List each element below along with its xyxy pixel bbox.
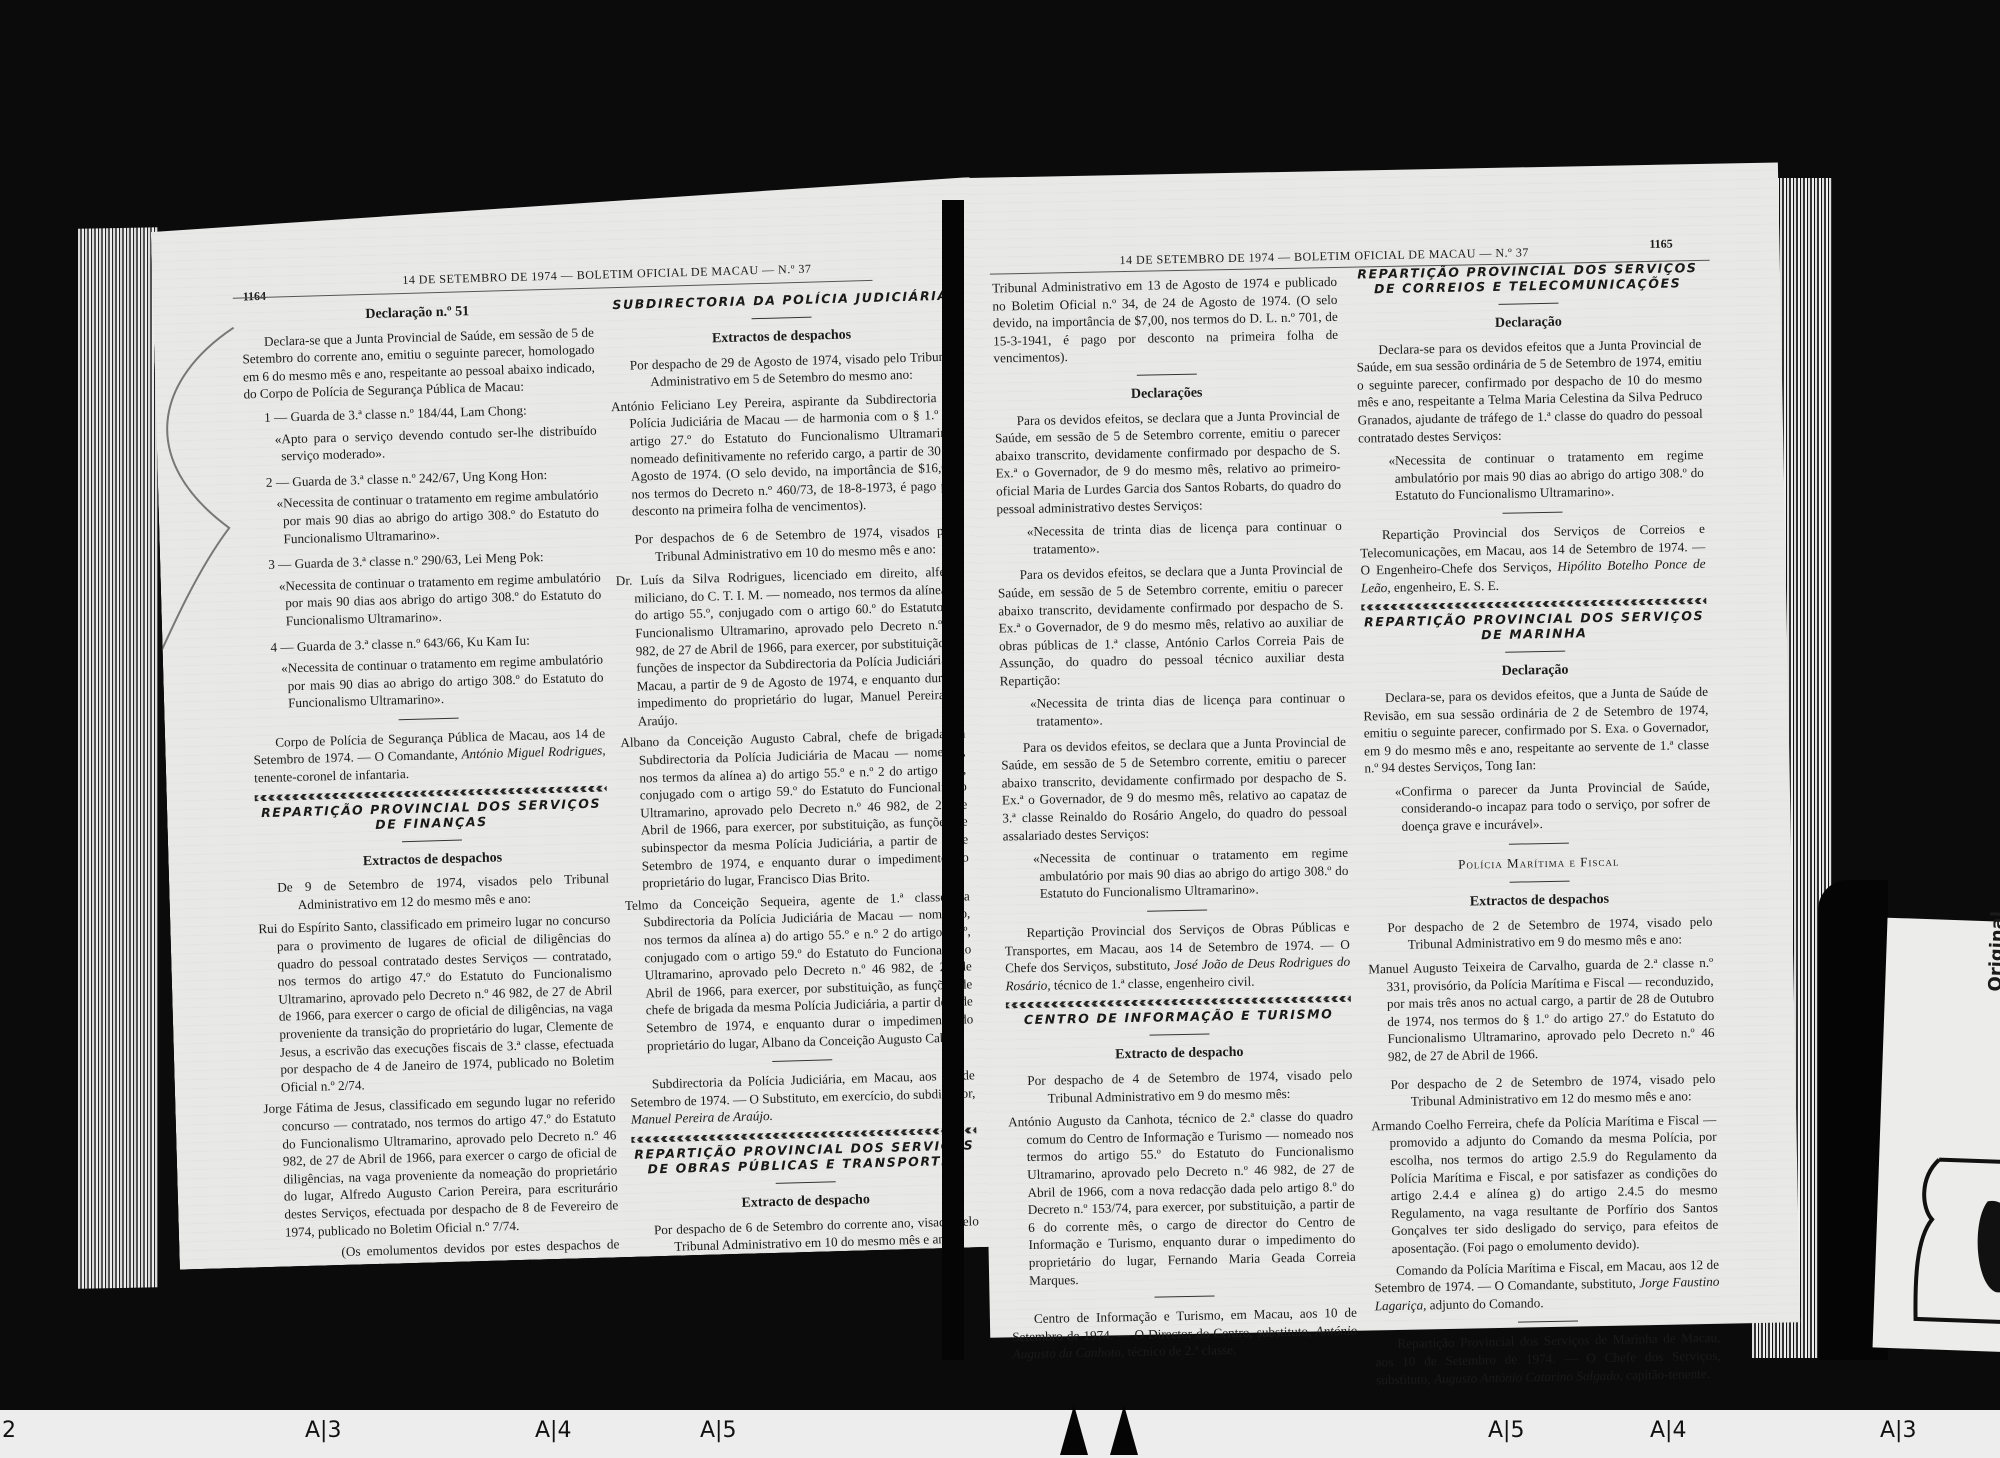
- section-intro: Por despacho de 2 de Setembro de 1974, v…: [1367, 913, 1713, 955]
- film-strip: [0, 1410, 2000, 1458]
- closing-paragraph: Comando da Polícia Marítima e Fiscal, em…: [1374, 1255, 1720, 1314]
- declaration-quote: «Confirma o parecer da Junta Provincial …: [1365, 777, 1711, 836]
- section-title: Extractos de despachos: [256, 846, 608, 873]
- frame-mark: A|5: [700, 1418, 736, 1443]
- section-intro: De 9 de Setembro de 1974, visados pelo T…: [257, 870, 610, 915]
- separator: [775, 1181, 835, 1184]
- separator: [1502, 512, 1562, 514]
- section-title: Declaração: [1356, 311, 1701, 335]
- declaration-paragraph: Declara-se para os devidos efeitos que a…: [1356, 335, 1703, 447]
- frame-mark: A|4: [535, 1418, 571, 1443]
- left-page: 1164 14 DE SETEMBRO DE 1974 — BOLETIM OF…: [150, 177, 1000, 1269]
- right-column-1: Tribunal Administrativo em 13 de Agosto …: [992, 273, 1358, 1369]
- side-card: Original: [1873, 918, 2000, 1353]
- separator: [1147, 910, 1207, 912]
- frame-mark: A|3: [305, 1418, 341, 1443]
- section-title: Extracto de despacho: [1007, 1042, 1352, 1066]
- declaration-title: Declaração n.º 51: [241, 300, 593, 327]
- separator: [1505, 651, 1565, 653]
- item-quote: «Necessita de continuar o tratamento em …: [249, 568, 602, 631]
- section-intro: Por despacho de 6 de Setembro do corrent…: [634, 1212, 980, 1257]
- separator: [772, 1059, 832, 1062]
- separator: [1518, 1321, 1578, 1323]
- entry: Jorge Fátima de Jesus, classificado em s…: [263, 1091, 619, 1242]
- section-intro: Por despacho de 4 de Setembro de 1974, v…: [1007, 1066, 1353, 1108]
- section-title: Declarações: [994, 382, 1339, 406]
- separator: [1508, 842, 1568, 844]
- separator: [1149, 1034, 1209, 1036]
- section-title: Extractos de despachos: [1367, 889, 1712, 913]
- separator: [751, 317, 811, 320]
- separator: [402, 839, 462, 842]
- section-intro: Por despacho de 2 de Setembro de 1974, v…: [1370, 1069, 1716, 1111]
- page-number-right: 1165: [1649, 236, 1673, 251]
- entry: António Augusto da Canhota, técnico de 2…: [1008, 1107, 1356, 1290]
- separator: [1154, 1296, 1214, 1298]
- section-title: Extracto de despacho: [633, 1188, 978, 1215]
- declaration-quote: «Necessita de continuar o tratamento em …: [1358, 446, 1704, 505]
- department-title: SUBDIRECTORIA DA POLÍCIA JUDICIÁRIA: [608, 288, 953, 313]
- right-page: 14 DE SETEMBRO DE 1974 — BOLETIM OFICIAL…: [968, 162, 1800, 1337]
- entry: Telmo da Conceição Sequeira, agente de 1…: [625, 887, 974, 1055]
- entry: António Feliciano Ley Pereira, aspirante…: [611, 388, 959, 521]
- left-column-2: SUBDIRECTORIA DA POLÍCIA JUDICIÁRIA Extr…: [608, 284, 984, 1425]
- declaration-paragraph: Para os devidos efeitos, se declara que …: [994, 405, 1341, 517]
- declaration-quote: «Necessita de trinta dias de licença par…: [997, 517, 1343, 559]
- signoff: Repartição Provincial dos Serviços de Ob…: [1004, 918, 1350, 995]
- separator: [1509, 881, 1569, 883]
- declaration-intro: Declara-se que a Junta Provincial de Saú…: [242, 323, 596, 403]
- signoff: Repartição Provincial dos Serviços de Fi…: [270, 1327, 623, 1390]
- entry: Manuel Augusto Teixeira de Carvalho, gua…: [1368, 954, 1715, 1066]
- frame-mark: A|3: [1880, 1418, 1916, 1443]
- page-edges-left: [78, 227, 158, 1288]
- declaration-paragraph: Para os devidos efeitos, se declara que …: [1001, 733, 1348, 845]
- closing-paragraph: Centro de Informação e Turismo, em Macau…: [1012, 1304, 1358, 1363]
- entry: Rui do Espírito Santo, classificado em p…: [258, 911, 615, 1097]
- entry: Dr. Luís da Silva Rodrigues, licenciado …: [616, 563, 965, 731]
- item-quote: «Necessita de continuar o tratamento em …: [251, 651, 604, 714]
- frame-mark: A|5: [1488, 1418, 1524, 1443]
- left-column-1: Declaração n.º 51 Declara-se que a Junta…: [241, 294, 623, 1396]
- entry: Armando Coelho Ferreira, chefe da Políci…: [1371, 1111, 1719, 1258]
- subsection-title: Polícia Marítima e Fiscal: [1366, 851, 1711, 875]
- closing-paragraph: Corpo de Polícia de Segurança Pública de…: [253, 724, 606, 787]
- department-title: CENTRO DE INFORMAÇÃO E TURISMO: [1006, 1006, 1351, 1028]
- section-intro: Por despacho de 29 de Agosto de 1974, vi…: [610, 347, 956, 392]
- department-title: REPARTIÇÃO PROVINCIAL DOS SERVIÇOS DE MA…: [1361, 608, 1707, 645]
- separator: [1498, 303, 1558, 305]
- book-gutter: [942, 200, 964, 1360]
- entry: Albano da Conceição Augusto Cabral, chef…: [620, 725, 969, 893]
- entry: Roque Rui Xavier Hy, escriturário dactil…: [635, 1253, 984, 1421]
- hand-pointer-icon: [1873, 918, 2000, 1353]
- department-title: REPARTIÇÃO PROVINCIAL DOS SERVIÇOS DE OB…: [632, 1137, 978, 1177]
- frame-mark: 2: [2, 1418, 16, 1443]
- fee-note: (Os emolumentos devidos por estes despac…: [267, 1235, 621, 1315]
- continuation-paragraph: Tribunal Administrativo em 13 de Agosto …: [992, 273, 1339, 368]
- separator: [399, 717, 459, 720]
- separator: [415, 1320, 475, 1323]
- frame-notch: [1060, 1405, 1088, 1455]
- department-title: REPARTIÇÃO PROVINCIAL DOS SERVIÇOS DE CO…: [1355, 260, 1701, 297]
- separator: [1136, 374, 1196, 376]
- department-title: REPARTIÇÃO PROVINCIAL DOS SERVIÇOS DE FI…: [255, 795, 608, 835]
- section-title: Extractos de despachos: [609, 324, 954, 351]
- declaration-paragraph: Para os devidos efeitos, se declara que …: [997, 560, 1344, 690]
- signoff: Repartição Provincial dos Serviços de Co…: [1360, 520, 1706, 597]
- closing-paragraph: Repartição Provincial dos Serviços de Ma…: [1375, 1329, 1721, 1388]
- item-quote: «Necessita de continuar o tratamento em …: [246, 486, 599, 549]
- declaration-paragraph: Declara-se, para os devidos efeitos, que…: [1363, 683, 1710, 778]
- section-intro: Por despachos de 6 de Setembro de 1974, …: [614, 521, 960, 566]
- signoff: Subdirectoria da Polícia Judiciária, em …: [630, 1066, 976, 1128]
- item-quote: «Apto para o serviço devendo contudo ser…: [244, 421, 597, 466]
- right-column-2: REPARTIÇÃO PROVINCIAL DOS SERVIÇOS DE CO…: [1355, 256, 1722, 1395]
- section-title: Declaração: [1362, 659, 1707, 683]
- frame-mark: A|4: [1650, 1418, 1686, 1443]
- declaration-quote: «Necessita de trinta dias de licença par…: [1000, 689, 1346, 731]
- declaration-quote: «Necessita de continuar o tratamento em …: [1003, 844, 1349, 903]
- frame-notch: [1110, 1405, 1138, 1455]
